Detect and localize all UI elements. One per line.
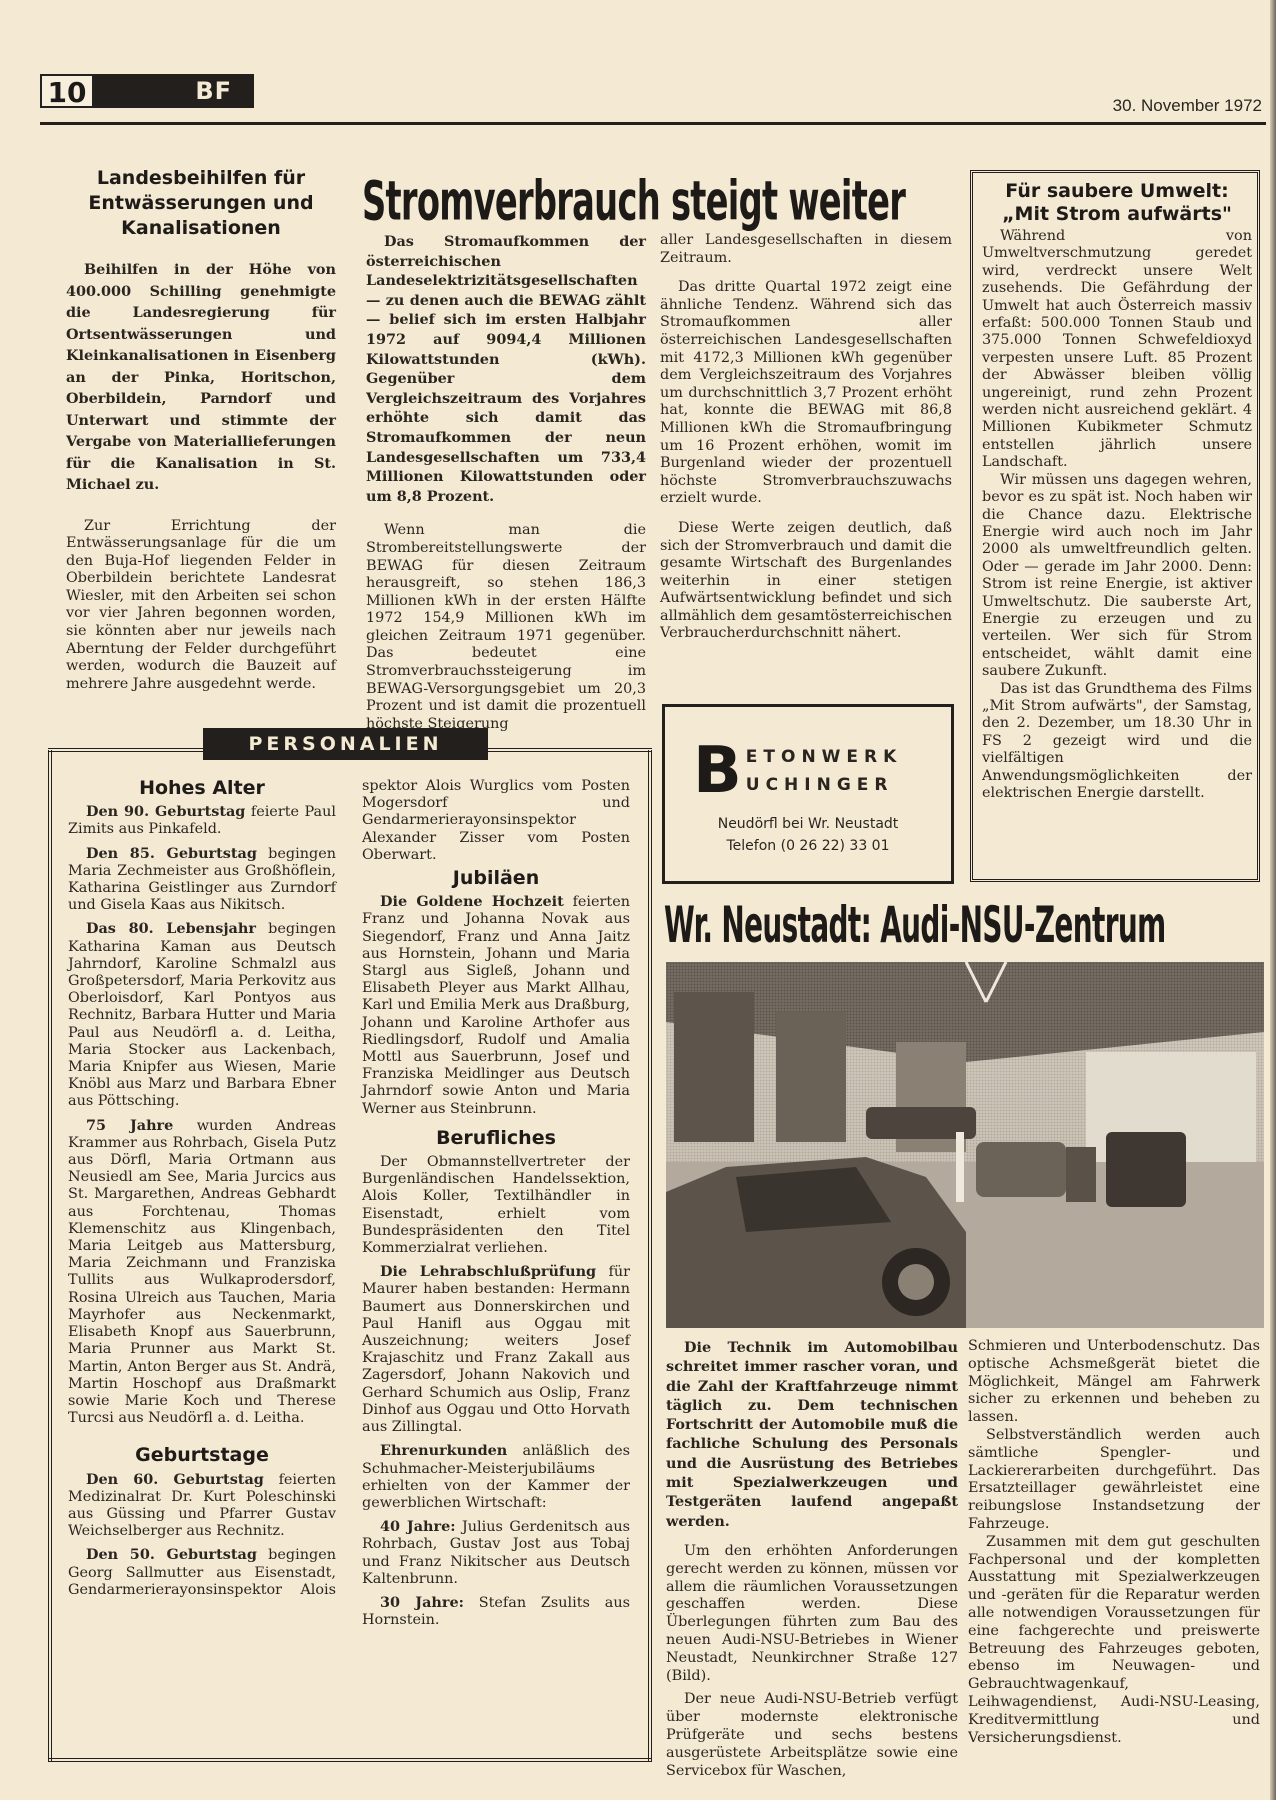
article-lead: Beihilfen in der Höhe von 400.000 Schill…	[66, 259, 336, 496]
advert-logo: B ETONWERK UCHINGER	[693, 741, 902, 801]
section-border-right	[648, 750, 652, 1762]
article-paragraph: Schmieren und Unterbodenschutz. Das opti…	[968, 1338, 1260, 1427]
personalien-item: 75 Jahre wurden Andreas Krammer aus Rohr…	[68, 1117, 336, 1428]
section-border-left	[48, 750, 52, 1762]
page-edge-shadow	[1270, 0, 1276, 1800]
personalien-item: 30 Jahre: Stefan Zsulits aus Hornstein.	[362, 1594, 630, 1629]
page-number: 10	[40, 74, 94, 108]
article-headline-strom: Stromverbrauch steigt weiter	[362, 170, 905, 233]
advert-line2: UCHINGER	[746, 771, 903, 799]
article-paragraph: Diese Werte zeigen deutlich, daß sich de…	[660, 520, 952, 643]
personalien-item: Das 80. Lebensjahr begingen Katharina Ka…	[68, 920, 336, 1110]
advert-address: Neudörfl bei Wr. Neustadt Telefon (0 26 …	[665, 813, 951, 857]
article-paragraph: Selbstverständlich werden auch sämtliche…	[968, 1427, 1260, 1534]
article-umwelt: Für saubere Umwelt: „Mit Strom aufwärts"…	[982, 180, 1252, 802]
article-headline: Für saubere Umwelt: „Mit Strom aufwärts"	[982, 180, 1252, 226]
article-body: Zur Errichtung der Entwässerungsanlage f…	[66, 518, 336, 694]
section-rule-left	[48, 748, 204, 752]
headline-line: „Mit Strom aufwärts"	[982, 203, 1252, 226]
headline-line: Für saubere Umwelt:	[982, 180, 1252, 203]
article-strom-col1: Das Stromaufkommen der österreichischen …	[366, 232, 646, 733]
advert-betonwerk: B ETONWERK UCHINGER Neudörfl bei Wr. Neu…	[662, 704, 954, 884]
subhead-berufliches: Berufliches	[362, 1130, 630, 1147]
workshop-photo-illustration	[666, 962, 1264, 1328]
article-paragraph: Um den erhöhten Anforderungen gerecht we…	[666, 1543, 958, 1685]
section-label: BF	[94, 74, 254, 108]
personalien-item: 40 Jahre: Julius Gerdenitsch aus Rohrbac…	[362, 1518, 630, 1588]
personalien-item: Die Goldene Hochzeit feierten Franz und …	[362, 893, 630, 1118]
article-audi-col2: Schmieren und Unterbodenschutz. Das opti…	[968, 1338, 1260, 1778]
personalien-col2: spektor Alois Wurglics vom Posten Mogers…	[362, 778, 630, 1629]
section-rule-bottom	[48, 1758, 652, 1762]
personalien-item: Den 50. Geburtstag begingen Georg Sallmu…	[68, 1546, 336, 1598]
article-paragraph: Wenn man die Strombereitstellungswerte d…	[366, 522, 646, 733]
article-paragraph: Der neue Audi-NSU-Betrieb verfügt über m…	[666, 1691, 958, 1780]
section-banner-personalien: PERSONALIEN	[203, 728, 488, 760]
advert-location: Neudörfl bei Wr. Neustadt	[665, 813, 951, 835]
subhead-geburtstage: Geburtstage	[68, 1447, 336, 1464]
personalien-item: Den 85. Geburtstag begingen Maria Zechme…	[68, 845, 336, 915]
article-headline-audi: Wr. Neustadt: Audi-NSU-Zentrum	[664, 896, 1166, 954]
personalien-continuation: spektor Alois Wurglics vom Posten Mogers…	[362, 778, 630, 864]
article-paragraph: Während von Umweltverschmutzung geredet …	[982, 228, 1252, 472]
article-lead: Die Technik im Automobilbau schreitet im…	[666, 1338, 958, 1531]
subhead-jubilaeen: Jubiläen	[362, 870, 630, 887]
personalien-col1: Hohes Alter Den 90. Geburtstag feierte P…	[68, 774, 336, 1598]
subhead-hohes-alter: Hohes Alter	[68, 780, 336, 797]
header-rule	[40, 122, 1266, 125]
article-paragraph: aller Landesgesellschaften in diesem Zei…	[660, 232, 952, 267]
article-strom-col2: aller Landesgesellschaften in diesem Zei…	[660, 232, 952, 643]
article-paragraph: Das ist das Grundthema des Films „Mit St…	[982, 681, 1252, 803]
issue-date: 30. November 1972	[1113, 96, 1262, 116]
section-rule-right	[488, 748, 652, 752]
advert-initial: B	[693, 741, 742, 801]
personalien-item: Ehrenurkunden anläßlich des Schuhmacher-…	[362, 1442, 630, 1512]
article-paragraph: Zusammen mit dem gut geschulten Fachpers…	[968, 1534, 1260, 1748]
personalien-item: Der Obmannstellvertreter der Burgenländi…	[362, 1153, 630, 1257]
personalien-item: Die Lehrabschlußprüfung für Maurer haben…	[362, 1263, 630, 1436]
article-paragraph: Wir müssen uns dagegen wehren, bevor es …	[982, 472, 1252, 681]
advert-phone: Telefon (0 26 22) 33 01	[665, 835, 951, 857]
article-audi-col1: Die Technik im Automobilbau schreitet im…	[666, 1338, 958, 1780]
workshop-photo	[666, 962, 1264, 1328]
advert-line1: ETONWERK	[746, 743, 903, 771]
article-landesbeihilfen: Landesbeihilfen für Entwässerungen und K…	[66, 166, 336, 693]
personalien-item: Den 60. Geburtstag feierten Medizinalrat…	[68, 1471, 336, 1541]
article-paragraph: Das dritte Quartal 1972 zeigt eine ähnli…	[660, 279, 952, 508]
article-headline: Landesbeihilfen für Entwässerungen und K…	[66, 166, 336, 241]
personalien-item: Den 90. Geburtstag feierte Paul Zimits a…	[68, 803, 336, 838]
article-lead: Das Stromaufkommen der österreichischen …	[366, 232, 646, 506]
